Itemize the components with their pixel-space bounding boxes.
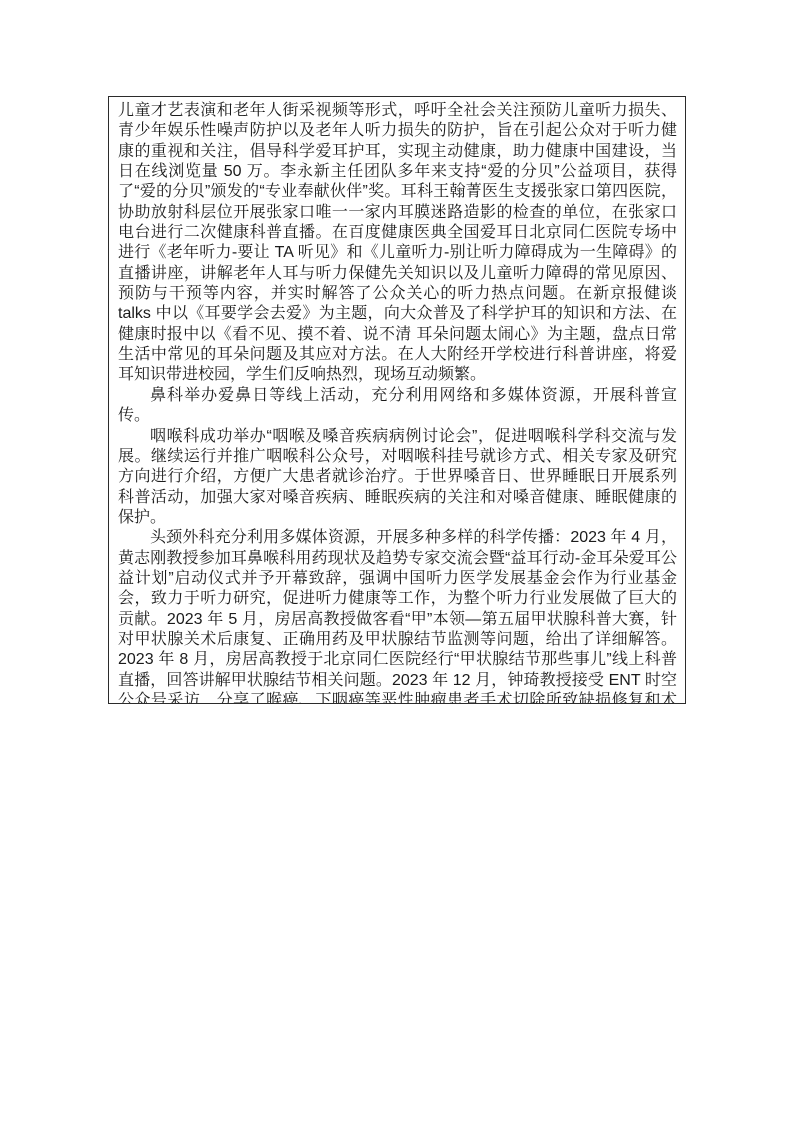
paragraph-laryngology-outreach: 咽喉科成功举办“咽喉及嗓音疾病病例讨论会”，促进咽喉科学科交流与发展。继续运行并… bbox=[118, 427, 677, 529]
document-body: { "page": { "background_color": "#ffffff… bbox=[0, 0, 800, 1132]
paragraph-head-neck-surgery-outreach: 头颈外科充分利用多媒体资源，开展多种多样的科学传播：2023 年 4 月，黄志刚… bbox=[118, 528, 677, 704]
paragraph-rhinology-outreach: 鼻科举办爱鼻日等线上活动，充分利用网络和多媒体资源，开展科普宣传。 bbox=[118, 386, 677, 427]
document-page: 儿童才艺表演和老年人街采视频等形式，呼吁全社会关注预防儿童听力损失、青少年娱乐性… bbox=[0, 0, 800, 1132]
paragraph-hearing-science-outreach: 儿童才艺表演和老年人街采视频等形式，呼吁全社会关注预防儿童听力损失、青少年娱乐性… bbox=[118, 101, 677, 386]
bordered-text-box: 儿童才艺表演和老年人街采视频等形式，呼吁全社会关注预防儿童听力损失、青少年娱乐性… bbox=[108, 96, 686, 704]
